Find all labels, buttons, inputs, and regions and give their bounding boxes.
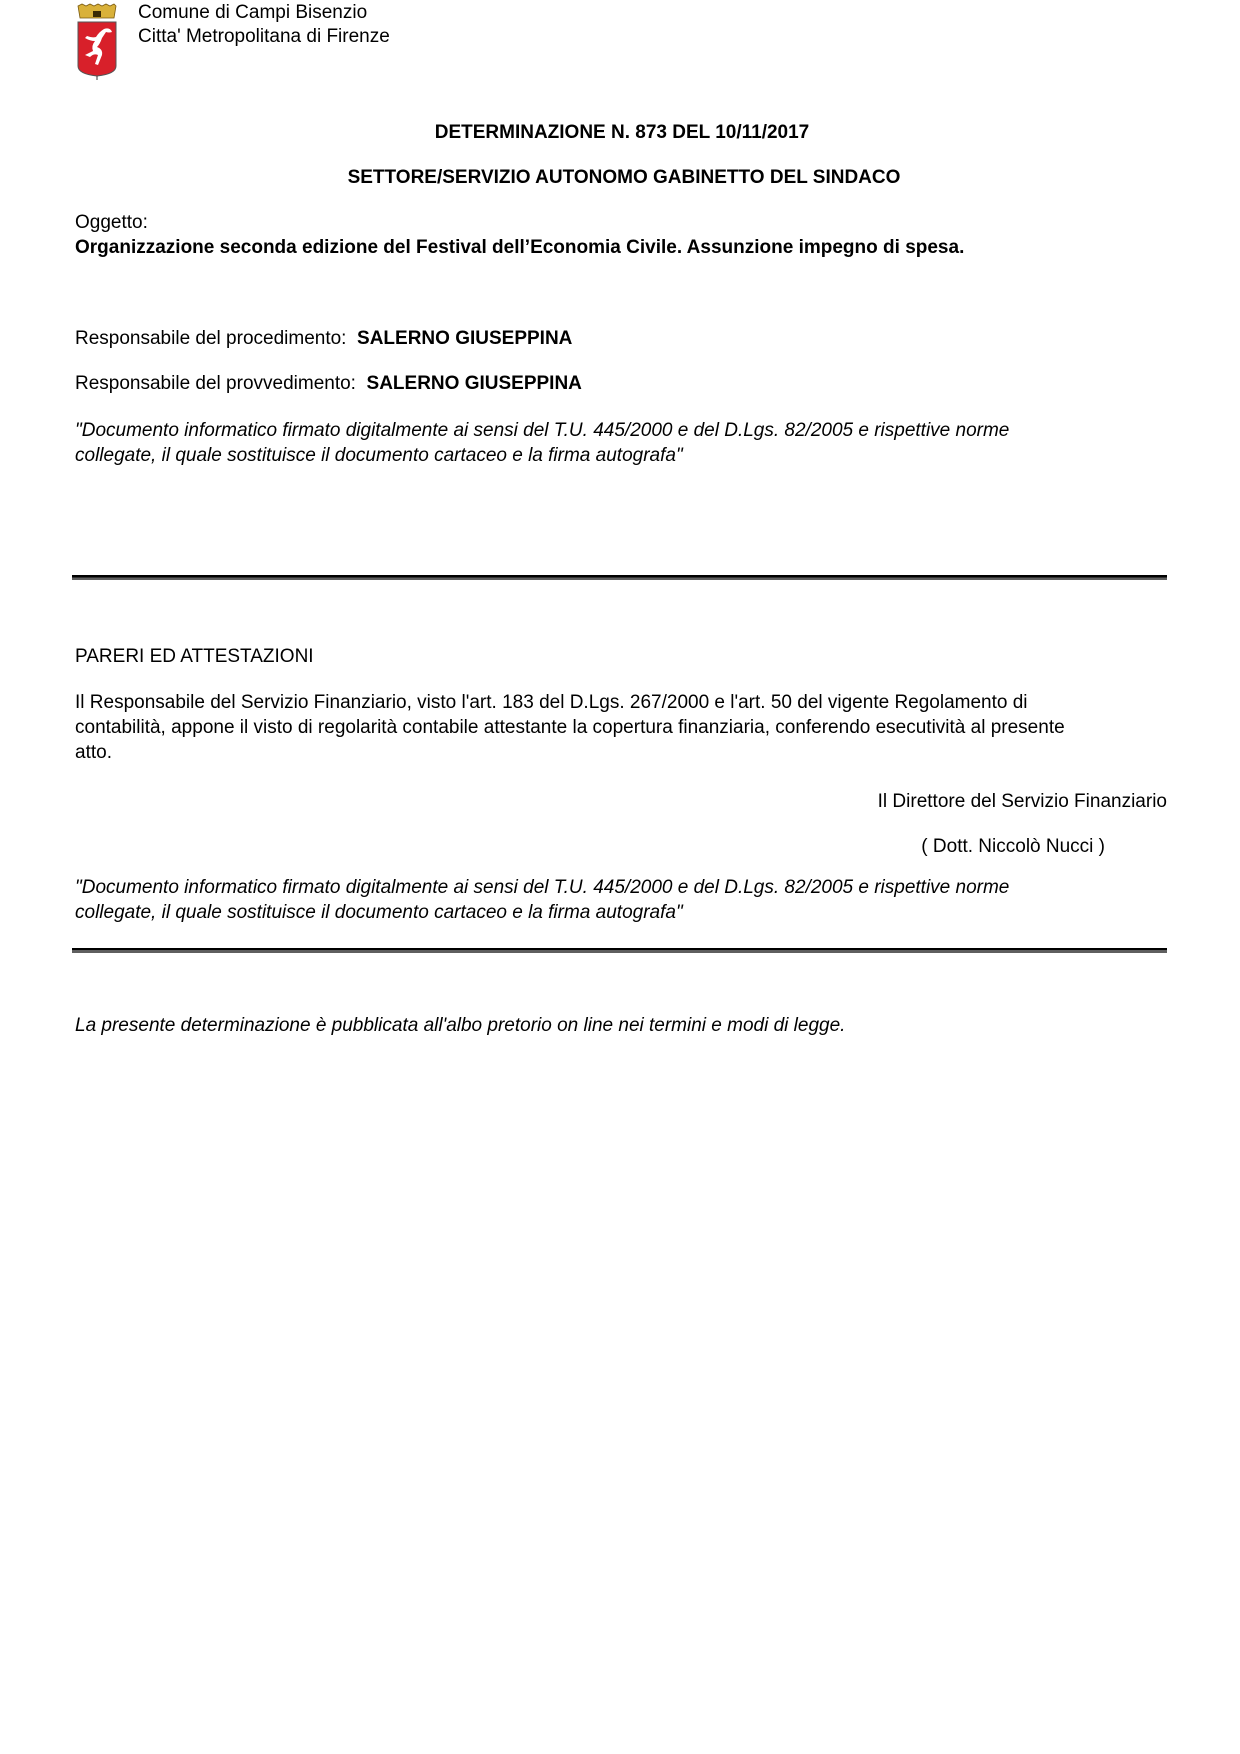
publication-note: La presente determinazione è pubblicata …: [75, 1013, 845, 1038]
signer-role: Il Direttore del Servizio Finanziario: [878, 789, 1167, 814]
digital-signature-note-line-2: collegate, il quale sostituisce il docum…: [75, 443, 683, 468]
sector-title: SETTORE/SERVIZIO AUTONOMO GABINETTO DEL …: [4, 165, 1240, 190]
responsabile-procedimento-label: Responsabile del procedimento:: [75, 328, 346, 349]
municipality-name: Comune di Campi Bisenzio: [138, 0, 367, 25]
responsabile-procedimento-name: SALERNO GIUSEPPINA: [357, 328, 572, 349]
section-divider: [72, 575, 1167, 580]
responsabile-provvedimento-label: Responsabile del provvedimento:: [75, 373, 356, 394]
pareri-signature-note-line-2: collegate, il quale sostituisce il docum…: [75, 900, 683, 925]
subject-label: Oggetto:: [75, 210, 148, 235]
digital-signature-note-line-1: "Documento informatico firmato digitalme…: [75, 418, 1009, 443]
coat-of-arms-icon: [74, 2, 120, 80]
pareri-heading: PARERI ED ATTESTAZIONI: [75, 644, 314, 669]
section-divider: [72, 948, 1167, 953]
pareri-body-line-1: Il Responsabile del Servizio Finanziario…: [75, 690, 1028, 715]
pareri-signature-note-line-1: "Documento informatico firmato digitalme…: [75, 875, 1009, 900]
metro-city-name: Citta' Metropolitana di Firenze: [138, 24, 390, 49]
responsabile-provvedimento-name: SALERNO GIUSEPPINA: [367, 373, 582, 394]
responsabile-provvedimento: Responsabile del provvedimento: SALERNO …: [75, 371, 582, 396]
pareri-body-line-3: atto.: [75, 740, 112, 765]
document-title: DETERMINAZIONE N. 873 DEL 10/11/2017: [2, 120, 1240, 145]
responsabile-procedimento: Responsabile del procedimento: SALERNO G…: [75, 326, 572, 351]
subject-text: Organizzazione seconda edizione del Fest…: [75, 235, 964, 260]
signer-name: ( Dott. Niccolò Nucci ): [921, 834, 1105, 859]
pareri-body-line-2: contabilità, appone il visto di regolari…: [75, 715, 1065, 740]
